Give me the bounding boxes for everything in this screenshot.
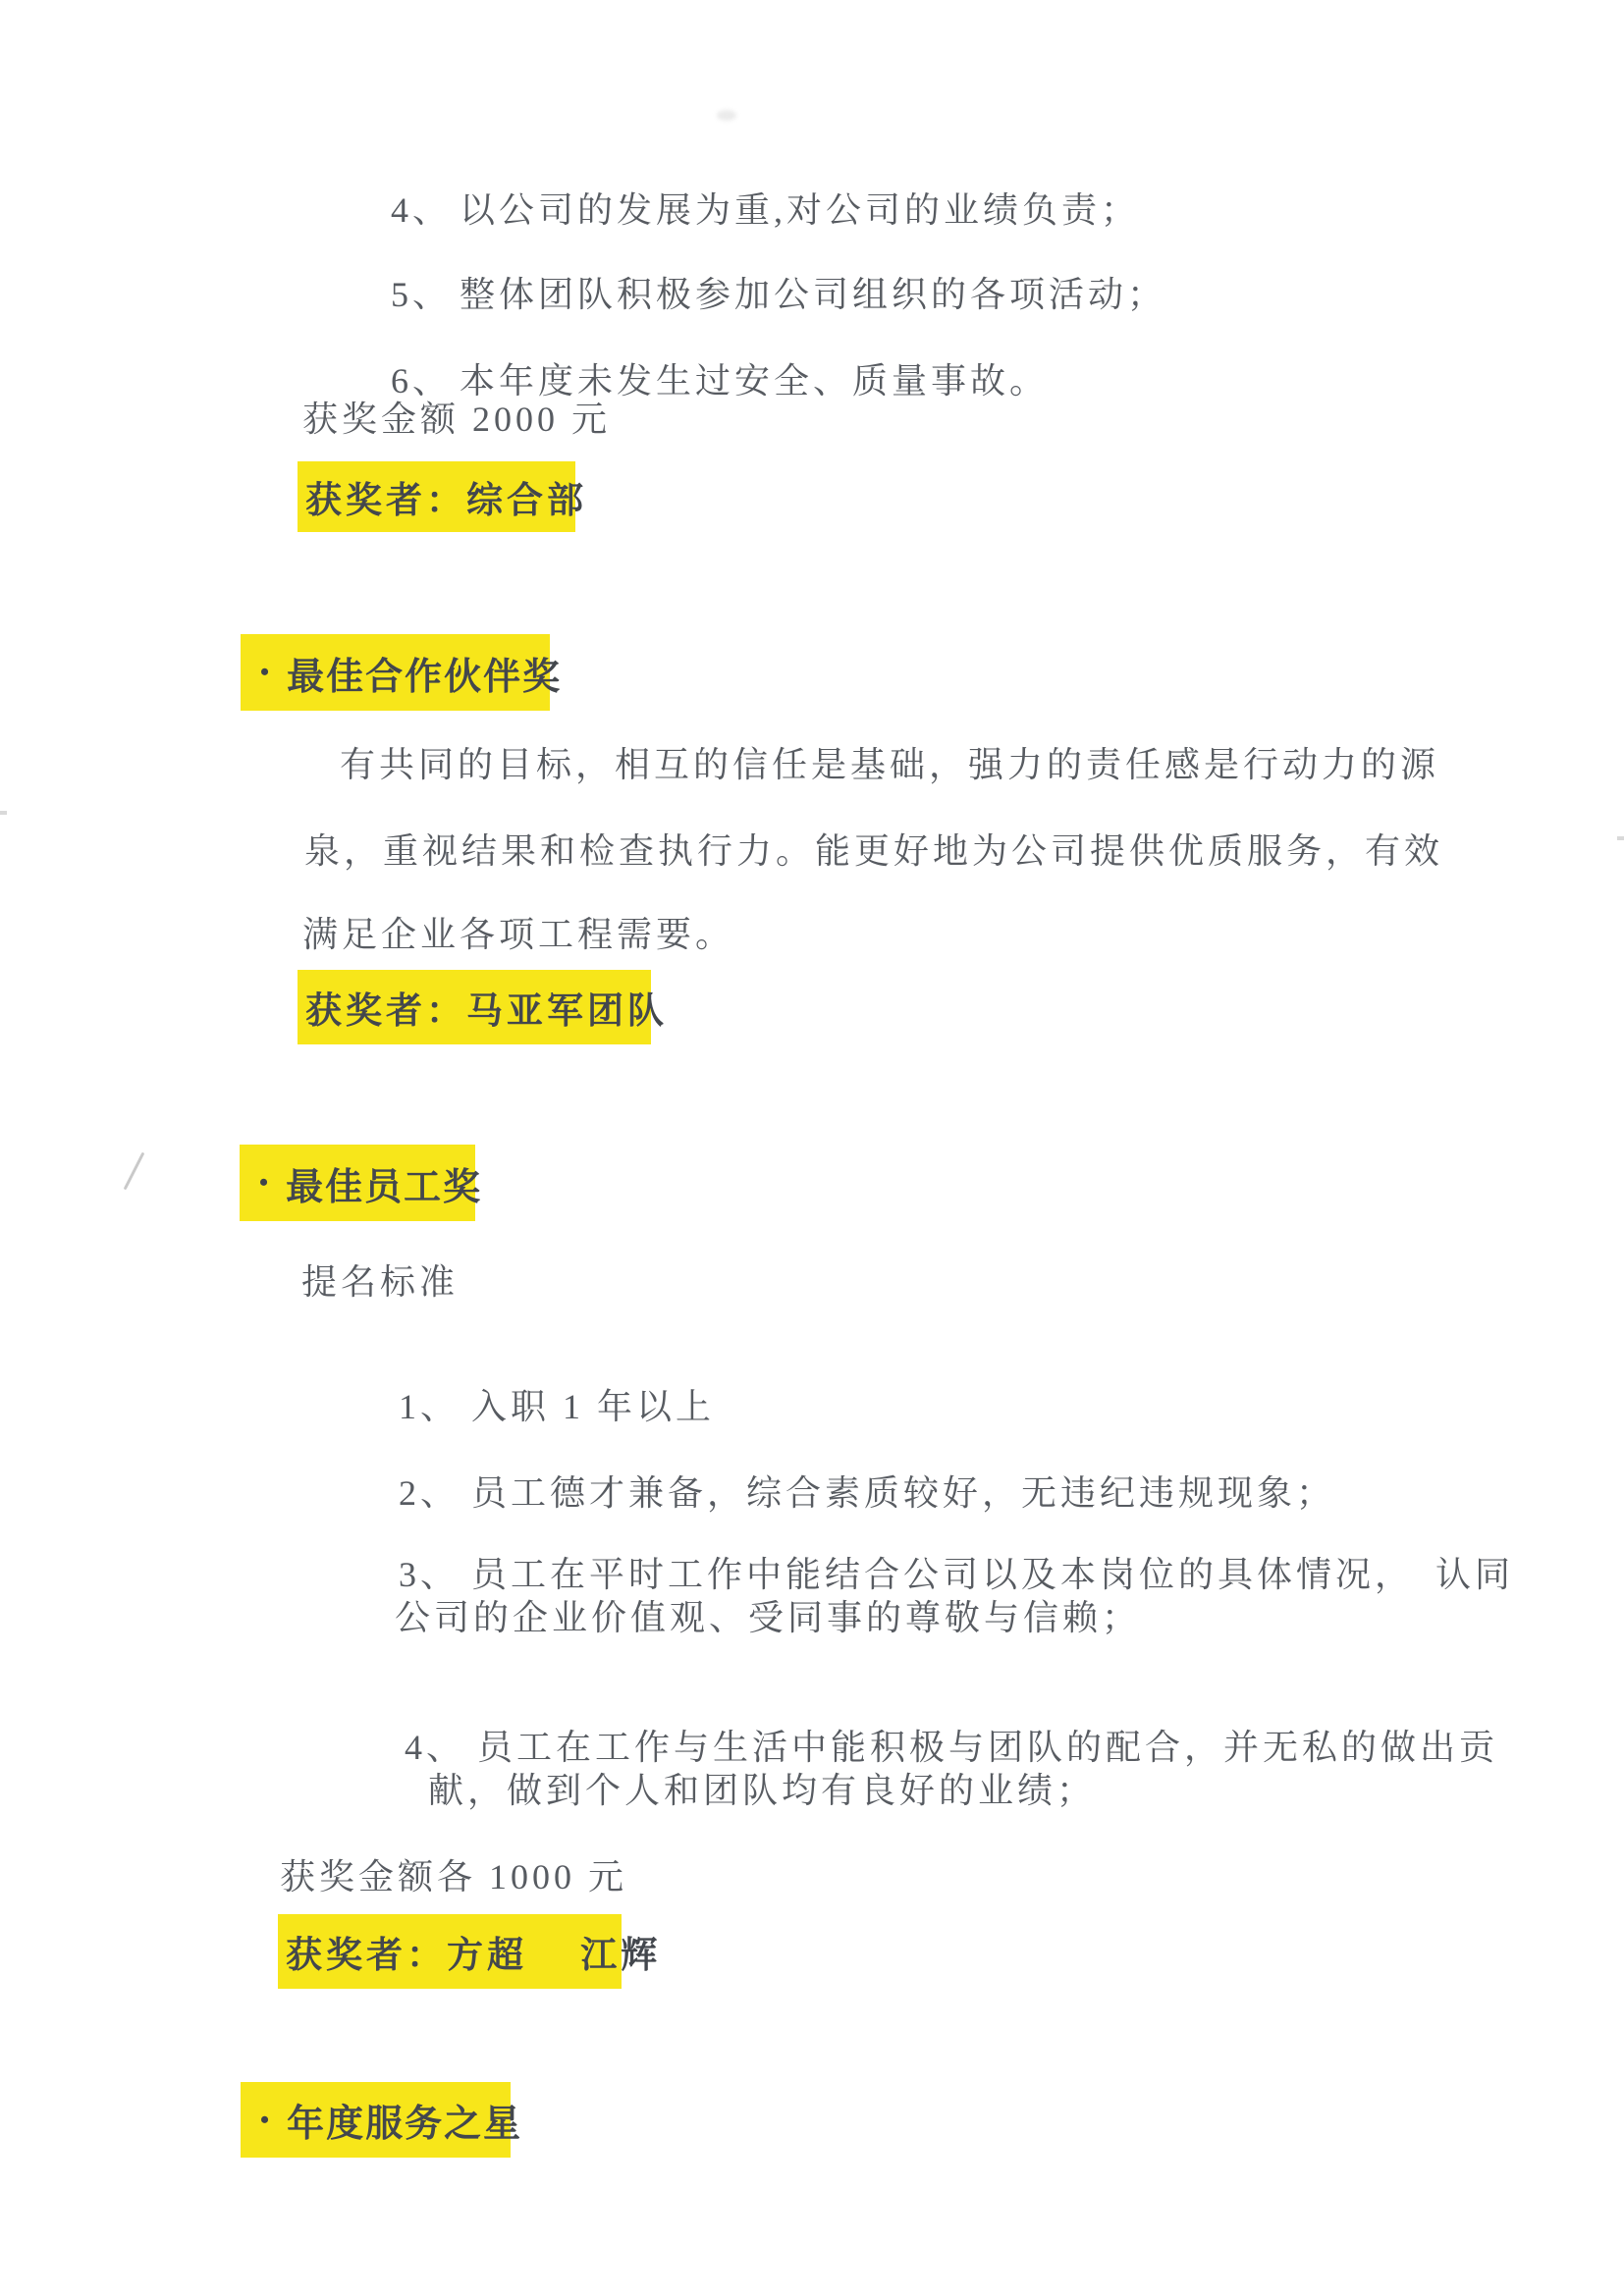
award2-title: 最佳合作伙伴奖: [287, 646, 562, 700]
award3-title: 最佳员工奖: [286, 1156, 482, 1210]
criteria-item-number: 3、: [399, 1555, 460, 1594]
award4-title-highlight: •年度服务之星: [241, 2082, 511, 2158]
list-item-number: 5、: [391, 275, 452, 314]
criteria-item-text: 员工在平时工作中能结合公司以及本岗位的具体情况， 认同: [471, 1555, 1514, 1594]
scan-edge-mark: [1617, 836, 1624, 840]
award3-winner-highlight: 获奖者：方超 江辉: [278, 1914, 622, 1989]
scanned-document-page: 4、以公司的发展为重,对公司的业绩负责； 5、整体团队积极参加公司组织的各项活动…: [0, 0, 1624, 2296]
award3-title-highlight: •最佳员工奖: [240, 1145, 475, 1221]
award3-winner-text: 获奖者：方超 江辉: [286, 1925, 661, 1978]
scan-slash-artifact: [124, 1152, 145, 1191]
bullet-icon: •: [260, 658, 271, 687]
award2-desc-line-2: 泉，重视结果和检查执行力。能更好地为公司提供优质服务，有效: [304, 829, 1443, 873]
bullet-icon: •: [260, 2106, 271, 2135]
award2-winner-text: 获奖者：马亚军团队: [305, 981, 668, 1034]
criteria-item-4-continuation: 献，做到个人和团队均有良好的业绩；: [428, 1769, 1096, 1812]
list-item-text: 以公司的发展为重,对公司的业绩负责；: [460, 190, 1140, 230]
bullet-icon: •: [259, 1168, 270, 1198]
criteria-item-3-continuation: 公司的企业价值观、受同事的尊敬与信赖；: [395, 1596, 1141, 1639]
award2-desc-line-3: 满足企业各项工程需要。: [302, 913, 734, 956]
list-item-text: 本年度未发生过安全、质量事故。: [460, 361, 1049, 400]
scan-edge-mark: [0, 811, 7, 815]
award1-winner-highlight: 获奖者：综合部: [298, 461, 575, 532]
award1-winner-text: 获奖者：综合部: [305, 470, 587, 523]
award3-amount: 获奖金额各 1000 元: [280, 1855, 627, 1898]
award2-desc-line-1: 有共同的目标，相互的信任是基础，强力的责任感是行动力的源: [340, 743, 1439, 786]
list-item-number: 6、: [391, 361, 452, 400]
criteria-item-number: 1、: [399, 1387, 460, 1426]
list-item-text: 整体团队积极参加公司组织的各项活动；: [460, 275, 1166, 314]
criteria-label: 提名标准: [301, 1260, 459, 1304]
award2-winner-highlight: 获奖者：马亚军团队: [298, 970, 651, 1044]
award4-title: 年度服务之星: [287, 2093, 522, 2147]
award1-amount: 获奖金额 2000 元: [302, 398, 611, 441]
criteria-item-number: 4、: [405, 1728, 465, 1767]
criteria-item-text: 入职 1 年以上: [471, 1387, 715, 1426]
criteria-item-text: 员工德才兼备，综合素质较好，无违纪违规现象；: [471, 1473, 1335, 1513]
list-item-number: 4、: [391, 190, 452, 230]
criteria-item-number: 2、: [399, 1473, 460, 1513]
scan-smudge-artifact: [717, 110, 736, 121]
criteria-item-text: 员工在工作与生活中能积极与团队的配合，并无私的做出贡: [477, 1728, 1498, 1767]
award2-title-highlight: •最佳合作伙伴奖: [241, 634, 550, 711]
